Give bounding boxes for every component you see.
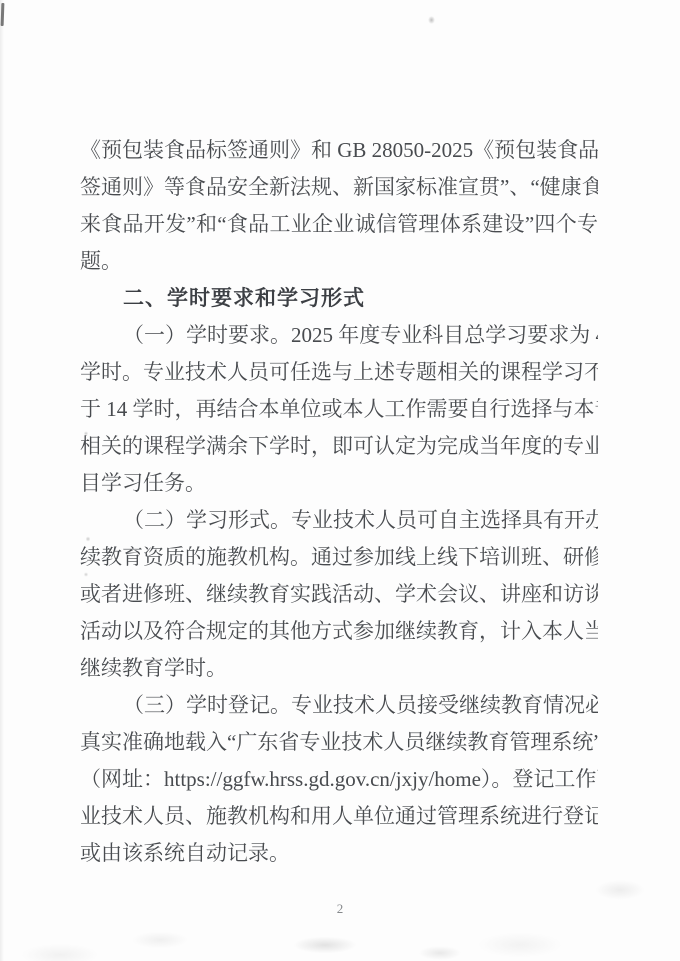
text-line: 目学习任务。 xyxy=(80,465,598,502)
text-line: 续教育资质的施教机构。通过参加线上线下培训班、研修班 xyxy=(80,539,598,576)
text-line: 于 14 学时，再结合本单位或本人工作需要自行选择与本专业 xyxy=(80,391,598,428)
text-line: 签通则》等食品安全新法规、新国家标准宣贯”、“健康食品与未 xyxy=(80,169,598,206)
text-line: 真实准确地载入“广东省专业技术人员继续教育管理系统” xyxy=(80,724,598,761)
section-heading: 二、学时要求和学习形式 xyxy=(80,280,598,317)
text-line: （网址：https://ggfw.hrss.gd.gov.cn/jxjy/hom… xyxy=(80,761,598,798)
page-number: 2 xyxy=(0,901,680,917)
text-line: （一）学时要求。2025 年度专业科目总学习要求为 42 xyxy=(80,317,598,354)
text-line: （三）学时登记。专业技术人员接受继续教育情况必须 xyxy=(80,687,598,724)
text-line: 《预包装食品标签通则》和 GB 28050-2025《预包装食品营养标 xyxy=(80,132,598,169)
text-line: （二）学习形式。专业技术人员可自主选择具有开办继 xyxy=(80,502,598,539)
text-line: 或者进修班、继续教育实践活动、学术会议、讲座和访谈等 xyxy=(80,576,598,613)
text-line: 继续教育学时。 xyxy=(80,650,598,687)
text-line: 业技术人员、施教机构和用人单位通过管理系统进行登记， xyxy=(80,798,598,835)
text-line: 活动以及符合规定的其他方式参加继续教育，计入本人当年 xyxy=(80,613,598,650)
document-body: 《预包装食品标签通则》和 GB 28050-2025《预包装食品营养标 签通则》… xyxy=(80,132,598,872)
scan-speck-top xyxy=(428,16,435,24)
text-line: 学时。专业技术人员可任选与上述专题相关的课程学习不少 xyxy=(80,354,598,391)
text-line: 相关的课程学满余下学时，即可认定为完成当年度的专业科 xyxy=(80,428,598,465)
text-line: 题。 xyxy=(80,243,598,280)
scan-mark-top-left xyxy=(1,3,5,26)
text-line: 或由该系统自动记录。 xyxy=(80,835,598,872)
scanned-document-page: 《预包装食品标签通则》和 GB 28050-2025《预包装食品营养标 签通则》… xyxy=(0,0,680,961)
text-line: 来食品开发”和“食品工业企业诚信管理体系建设”四个专 xyxy=(80,206,598,243)
